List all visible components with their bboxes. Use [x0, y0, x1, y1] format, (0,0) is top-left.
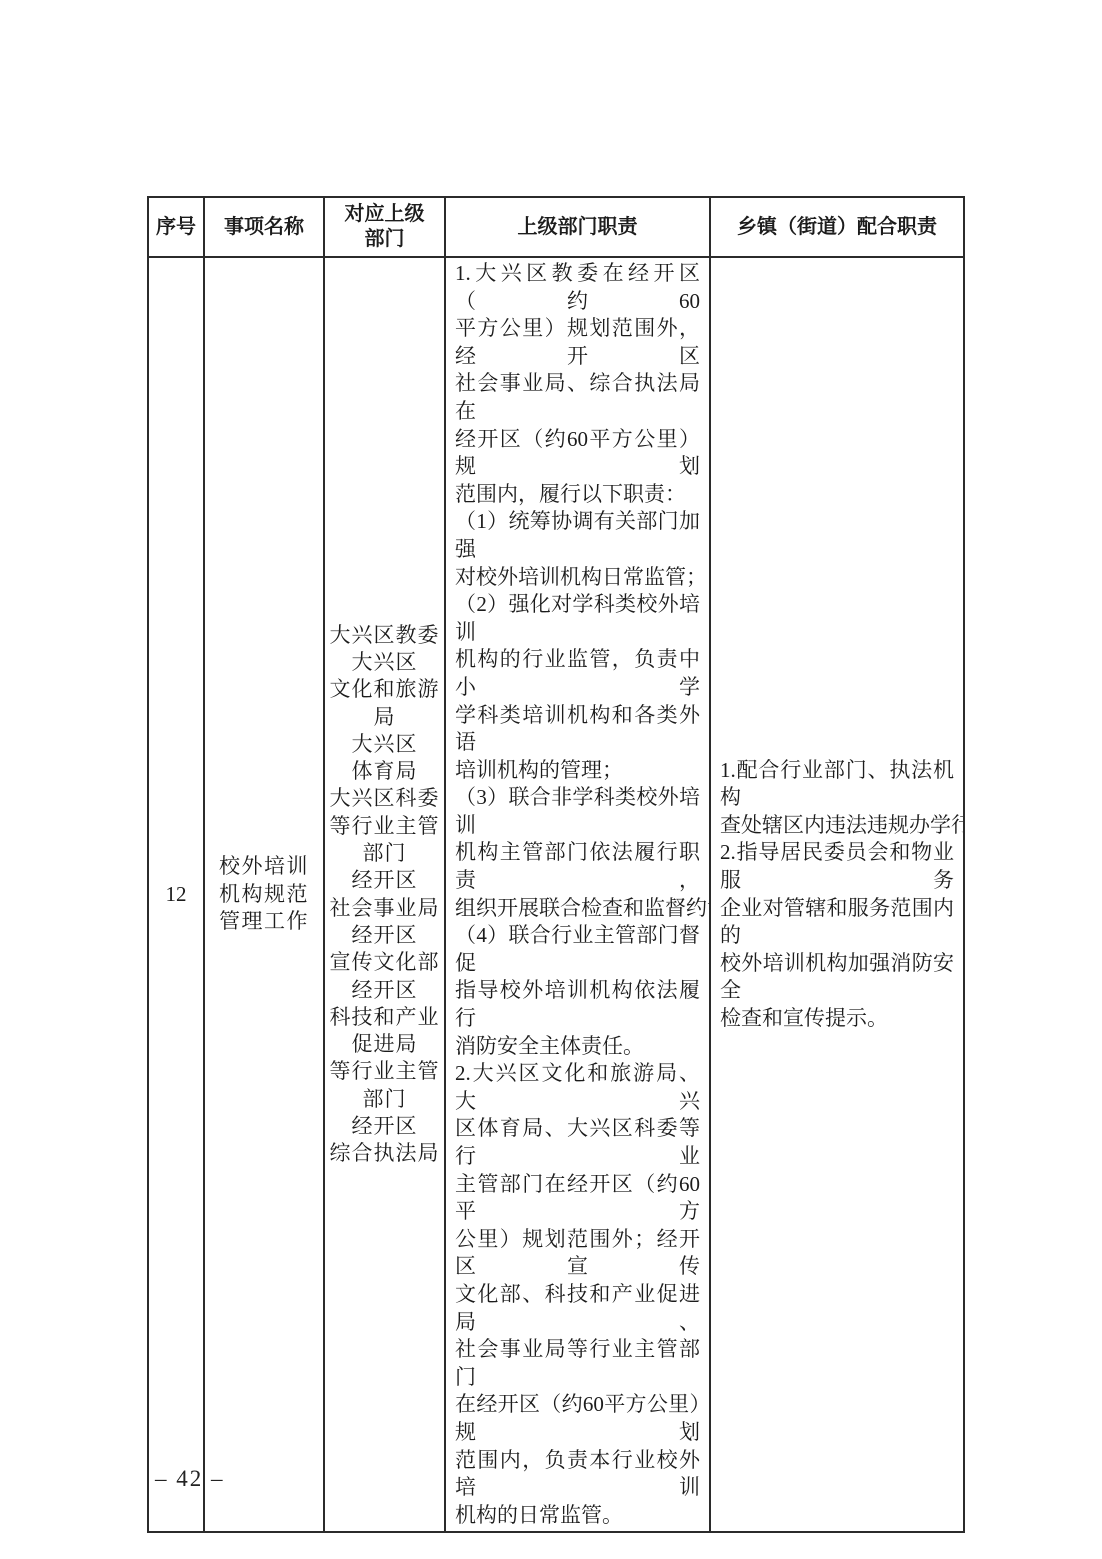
text-line: 机构的日常监管。 [455, 1502, 700, 1530]
header-col-item-name: 事项名称 [204, 197, 324, 257]
text-line: （2）强化对学科类校外培训 [455, 591, 700, 646]
text-line: 查处辖区内违法违规办学行为； [720, 812, 954, 840]
header-col-township-duties: 乡镇（街道）配合职责 [710, 197, 964, 257]
text-line: 对校外培训机构日常监管； [455, 564, 700, 592]
text-line: 1.大兴区教委在经开区（约60 [455, 260, 700, 315]
text-line: 主管部门在经开区（约60平方 [455, 1171, 700, 1226]
cell-item-name: 校外培训 机构规范 管理工作 [204, 257, 324, 1532]
text-line: （4）联合行业主管部门督促 [455, 922, 700, 977]
text-line: 范围内，履行以下职责： [455, 481, 700, 509]
text-line: 机构主管部门依法履行职责， [455, 839, 700, 894]
text-line: 1.配合行业部门、执法机构 [720, 757, 954, 812]
text-line: 学科类培训机构和各类外语 [455, 702, 700, 757]
text-line: 检查和宣传提示。 [720, 1005, 954, 1033]
text-line: 企业对管辖和服务范围内的 [720, 895, 954, 950]
text-line: 在经开区（约60平方公里）规划 [455, 1391, 700, 1446]
text-line: 社会事业局等行业主管部门 [455, 1336, 700, 1391]
text-line: 2.指导居民委员会和物业服务 [720, 839, 954, 894]
text-line: 文化部、科技和产业促进局、 [455, 1281, 700, 1336]
header-col-departments: 对应上级 部门 [324, 197, 445, 257]
text-line: 平方公里）规划范围外，经开区 [455, 315, 700, 370]
cell-row-index: 12 [148, 257, 204, 1532]
text-line: （3）联合非学科类校外培训 [455, 784, 700, 839]
document-page: 序号 事项名称 对应上级 部门 上级部门职责 乡镇（街道）配合职责 12 校外培… [0, 0, 1102, 1559]
text-line: 经开区（约60平方公里）规划 [455, 426, 700, 481]
text-line: 消防安全主体责任。 [455, 1033, 700, 1061]
text-line: 区体育局、大兴区科委等行业 [455, 1115, 700, 1170]
text-line: 校外培训机构加强消防安全 [720, 950, 954, 1005]
header-col-superior-duties: 上级部门职责 [445, 197, 710, 257]
text-line: 2.大兴区文化和旅游局、大兴 [455, 1060, 700, 1115]
cell-superior-duties: 1.大兴区教委在经开区（约60平方公里）规划范围外，经开区社会事业局、综合执法局… [445, 257, 710, 1532]
text-line: 培训机构的管理； [455, 757, 700, 785]
table-header-row: 序号 事项名称 对应上级 部门 上级部门职责 乡镇（街道）配合职责 [148, 197, 964, 257]
text-line: 机构的行业监管，负责中小学 [455, 646, 700, 701]
text-line: 范围内，负责本行业校外培训 [455, 1447, 700, 1502]
text-line: （1）统筹协调有关部门加强 [455, 508, 700, 563]
table-row: 12 校外培训 机构规范 管理工作 大兴区教委 大兴区 文化和旅游局 大兴区 体… [148, 257, 964, 1532]
cell-township-duties: 1.配合行业部门、执法机构查处辖区内违法违规办学行为；2.指导居民委员会和物业服… [710, 257, 964, 1532]
text-line: 组织开展联合检查和监督约谈； [455, 895, 700, 923]
page-number: – 42 – [155, 1466, 225, 1492]
text-line: 指导校外培训机构依法履行 [455, 977, 700, 1032]
cell-departments: 大兴区教委 大兴区 文化和旅游局 大兴区 体育局 大兴区科委 等行业主管 部门 … [324, 257, 445, 1532]
responsibility-table: 序号 事项名称 对应上级 部门 上级部门职责 乡镇（街道）配合职责 12 校外培… [147, 196, 965, 1533]
text-line: 社会事业局、综合执法局在 [455, 370, 700, 425]
header-col-index: 序号 [148, 197, 204, 257]
text-line: 公里）规划范围外；经开区宣传 [455, 1226, 700, 1281]
